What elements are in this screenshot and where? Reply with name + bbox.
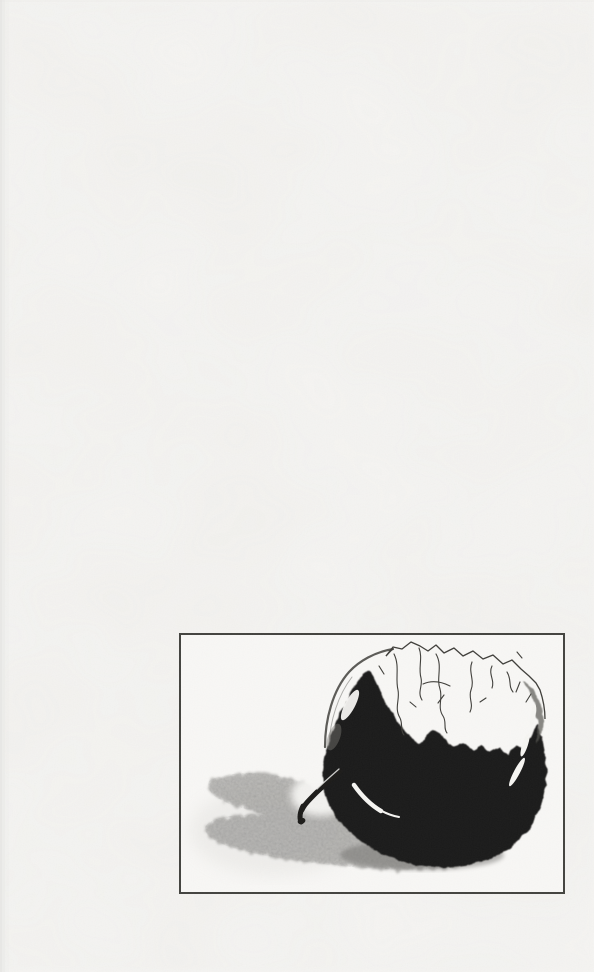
page-edge-shade [0, 0, 594, 2]
panel-grain [179, 633, 565, 894]
scanned-manga-page [0, 0, 594, 972]
page-edge-shade [0, 0, 2, 972]
comic-panel [179, 633, 565, 894]
